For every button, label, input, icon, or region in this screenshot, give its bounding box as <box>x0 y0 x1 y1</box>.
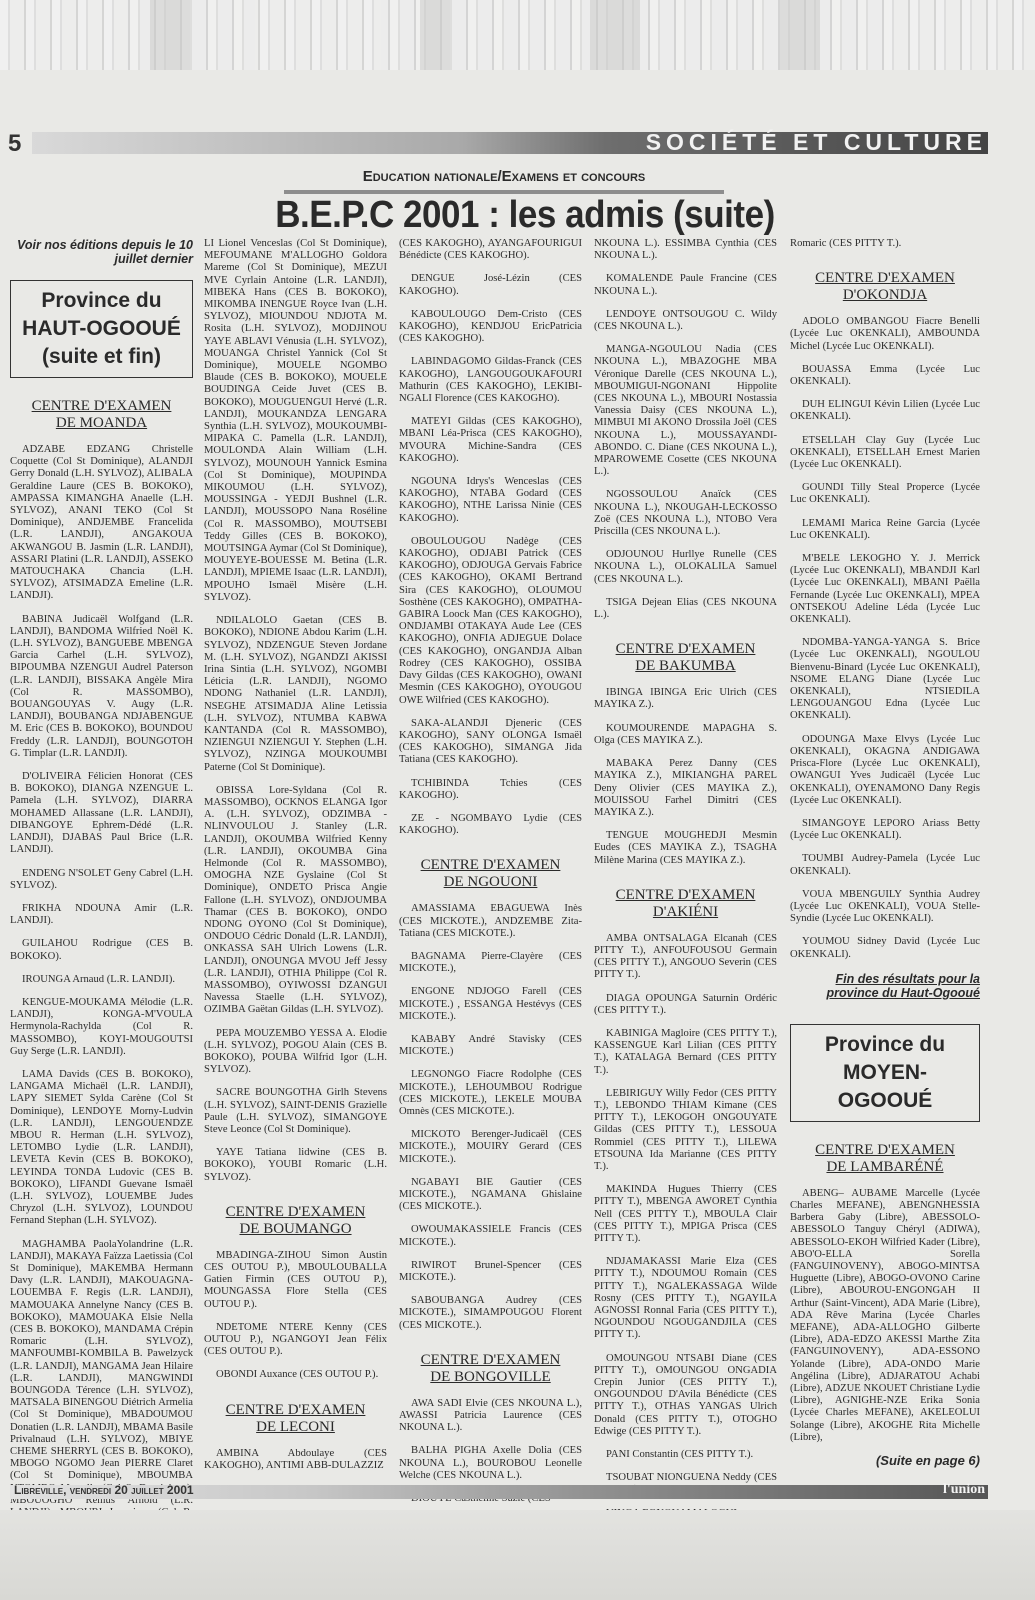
name-list-paragraph: BABINA Judicaël Wolfgand (L.R. LANDJI), … <box>10 614 193 760</box>
name-list-paragraph: VOUA MBENGUILY Synthia Audrey (Lycée Luc… <box>790 889 980 926</box>
centre-heading-okondja: CENTRE D'EXAMEN D'OKONDJA <box>790 270 980 304</box>
name-list-paragraph: M'BELE LEKOGHO Y. J. Merrick (Lycée Luc … <box>790 553 980 626</box>
centre-heading-moanda: CENTRE D'EXAMEN DE MOANDA <box>10 398 193 432</box>
name-list-paragraph: KABABY André Stavisky (CES MICKOTE.) <box>399 1034 582 1058</box>
name-list-paragraph: LABINDAGOMO Gildas-Franck (CES KAKOGHO),… <box>399 356 582 405</box>
centre-heading-line: CENTRE D'EXAMEN <box>594 641 777 658</box>
name-list-paragraph: BALHA PIGHA Axelle Dolia (CES NKOUNA L.)… <box>399 1445 582 1482</box>
centre-heading-line: DE MOANDA <box>10 415 193 432</box>
name-list-paragraph: FRIKHA NDOUNA Amir (L.R. LANDJI). <box>10 903 193 927</box>
centre-heading-boumango: CENTRE D'EXAMEN DE BOUMANGO <box>204 1204 387 1238</box>
centre-heading-line: CENTRE D'EXAMEN <box>204 1204 387 1221</box>
centre-heading-line: CENTRE D'EXAMEN <box>399 857 582 874</box>
column-3: (CES KAKOGHO), AYANGAFOURIGUI Bénédicte … <box>399 238 582 1516</box>
name-list-paragraph: TENGUE MOUGHEDJI Mesmin Eudes (CES MAYIK… <box>594 830 777 867</box>
province-box-haut-ogooue: Province du HAUT-OGOOUÉ (suite et fin) <box>10 280 193 378</box>
name-list-paragraph: MAKINDA Hugues Thierry (CES PITTY T.), M… <box>594 1184 777 1245</box>
name-list-paragraph: AMBA ONTSALAGA Elcanah (CES PITTY T.), A… <box>594 933 777 982</box>
name-list-paragraph: OMOUNGOU NTSABI Diane (CES PITTY T.), OM… <box>594 1353 777 1438</box>
name-list-paragraph: AMASSIAMA EBAGUEWA Inès (CES MICKOTE.), … <box>399 903 582 940</box>
name-list-paragraph: NDOMBA-YANGA-YANGA S. Brice (Lycée Luc O… <box>790 637 980 722</box>
name-list-paragraph: MABAKA Perez Danny (CES MAYIKA Z.), MIKI… <box>594 758 777 819</box>
name-list-paragraph: LI Lionel Venceslas (Col St Dominique), … <box>204 238 387 604</box>
name-list-paragraph: NGABAYI BIE Gautier (CES MICKOTE.), NGAM… <box>399 1177 582 1214</box>
name-list-paragraph: SACRE BOUNGOTHA Girlh Stevens (L.H. SYLV… <box>204 1087 387 1136</box>
name-list-paragraph: SAKA-ALANDJI Djeneric (CES KAKOGHO), SAN… <box>399 718 582 767</box>
name-list-paragraph: AWA SADI Elvie (CES NKOUNA L.), AWASSI P… <box>399 1398 582 1435</box>
name-list-paragraph: NGOSSOULOU Anaïck (CES NKOUNA L.), NKOUG… <box>594 489 777 538</box>
name-list-paragraph: LAMA Davids (CES B. BOKOKO), LANGAMA Mic… <box>10 1069 193 1228</box>
province-line: (suite et fin) <box>13 343 190 371</box>
name-list-paragraph: GOUNDI Tilly Steal Propercе (Lycée Luc O… <box>790 482 980 506</box>
name-list-paragraph: MICKOTO Berenger-Judicaël (CES MICKOTE.)… <box>399 1129 582 1166</box>
name-list-paragraph: OBONDI Auxance (CES OUTOU P.). <box>204 1369 387 1381</box>
name-list-paragraph: KOMALENDE Paule Francine (CES NKOUNA L.)… <box>594 273 777 297</box>
province-line: OGOOUÉ <box>793 1087 977 1115</box>
centre-heading-line: CENTRE D'EXAMEN <box>790 270 980 287</box>
centre-heading-line: CENTRE D'EXAMEN <box>399 1352 582 1369</box>
province-line: HAUT-OGOOUÉ <box>13 315 190 343</box>
province-box-moyen-ogooue: Province du MOYEN- OGOOUÉ <box>790 1024 980 1122</box>
article-kicker: Education nationale/Examens et concours <box>284 168 724 185</box>
name-list-paragraph: YAYE Tatiana lidwine (CES B. BOKOKO), YO… <box>204 1147 387 1184</box>
centre-heading-line: D'OKONDJA <box>790 287 980 304</box>
centre-heading-ngouoni: CENTRE D'EXAMEN DE NGOUONI <box>399 857 582 891</box>
centre-heading-line: CENTRE D'EXAMEN <box>594 887 777 904</box>
name-list-paragraph: ZE - NGOMBAYO Lydie (CES KAKOGHO). <box>399 813 582 837</box>
name-list-paragraph: ENGONE NDJOGO Farell (CES MICKOTE.) , ES… <box>399 986 582 1023</box>
centre-heading-bakumba: CENTRE D'EXAMEN DE BAKUMBA <box>594 641 777 675</box>
name-list-paragraph: AMBINA Abdoulaye (CES KAKOGHO), ANTIMI A… <box>204 1448 387 1472</box>
centre-heading-akieni: CENTRE D'EXAMEN D'AKIÉNI <box>594 887 777 921</box>
name-list-paragraph: NGOUNA Idrys's Wenceslas (CES KAKOGHO), … <box>399 476 582 525</box>
column-2: LI Lionel Venceslas (Col St Dominique), … <box>204 238 387 1483</box>
name-list-paragraph: GUILAHOU Rodrigue (CES B. BOKOKO). <box>10 938 193 962</box>
name-list-paragraph: (CES KAKOGHO), AYANGAFOURIGUI Bénédicte … <box>399 238 582 262</box>
name-list-paragraph: ABENG– AUBAME Marcelle (Lycée Charles ME… <box>790 1188 980 1444</box>
name-list-paragraph: LEMAMI Marica Reine Garcia (Lycée Luc OK… <box>790 518 980 542</box>
name-list-paragraph: LEGNONGO Fiacre Rodolphe (CES MICKOTE.),… <box>399 1069 582 1118</box>
continued-note: (Suite en page 6) <box>790 1455 980 1467</box>
name-list-paragraph: NDJAMAKASSI Marie Elza (CES PITTY T.), N… <box>594 1256 777 1341</box>
section-title: SOCIÉTÉ ET CULTURE <box>646 129 987 156</box>
name-list-paragraph: DIAGA OPOUNGA Saturnin Ordéric (CES PITT… <box>594 993 777 1017</box>
name-list-paragraph: PEPA MOUZEMBO YESSA A. Elodie (L.H. SYLV… <box>204 1028 387 1077</box>
centre-heading-line: DE BAKUMBA <box>594 658 777 675</box>
centre-heading-line: DE NGOUONI <box>399 874 582 891</box>
name-list-paragraph: PANI Constantin (CES PITTY T.). <box>594 1449 777 1461</box>
name-list-paragraph: DENGUE José-Lézin (CES KAKOGHO). <box>399 273 582 297</box>
name-list-paragraph: SIMANGOYE LEPORO Ariass Betty (Lycée Luc… <box>790 818 980 842</box>
province-line: Province du <box>13 287 190 315</box>
name-list-paragraph: KOUMOURENDE MAPAGHA S. Olga (CES MAYIKA … <box>594 723 777 747</box>
centre-heading-leconi: CENTRE D'EXAMEN DE LECONI <box>204 1402 387 1436</box>
name-list-paragraph: OBISSA Lore-Syldana (Col R. MASSOMBO), O… <box>204 785 387 1017</box>
article-headline: B.E.P.C 2001 : les admis (suite) <box>180 194 870 237</box>
centre-heading-line: CENTRE D'EXAMEN <box>10 398 193 415</box>
column-1: Voir nos éditions depuis le 10 juillet d… <box>10 238 193 1542</box>
footer-dateline: Libreville, vendredi 20 juillet 2001 <box>14 1483 194 1497</box>
name-list-paragraph: MBADINGA-ZIHOU Simon Austin CES OUTOU P.… <box>204 1250 387 1311</box>
name-list-paragraph: KABOULOUGO Dem-Cristo (CES KAKOGHO), KEN… <box>399 309 582 346</box>
name-list-paragraph: SABOUBANGA Audrey (CES MICKOTE.), SIMAMP… <box>399 1295 582 1332</box>
page-number: 5 <box>8 130 21 158</box>
name-list-paragraph: LENDOYE ONTSOUGOU C. Wildy (CES NKOUNA L… <box>594 309 777 333</box>
name-list-paragraph: BOUASSA Emma (Lycée Luc OKENKALI). <box>790 364 980 388</box>
column-5: Romaric (CES PITTY T.). CENTRE D'EXAMEN … <box>790 238 980 1467</box>
name-list-paragraph: TCHIBINDA Tchies (CES KAKOGHO). <box>399 778 582 802</box>
name-list-paragraph: IBINGA IBINGA Eric Ulrich (CES MAYIKA Z.… <box>594 687 777 711</box>
name-list-paragraph: IROUNGA Arnaud (L.R. LANDJI). <box>10 974 193 986</box>
name-list-paragraph: OBOULOUGOU Nadège (CES KAKOGHO), ODJABI … <box>399 536 582 707</box>
scan-artifact <box>150 0 190 70</box>
end-of-results-note: Fin des résultats pour la province du Ha… <box>790 972 980 1000</box>
name-list-paragraph: Romaric (CES PITTY T.). <box>790 238 980 250</box>
name-list-paragraph: DUH ELINGUI Kévin Lilien (Lycée Luc OKEN… <box>790 399 980 423</box>
name-list-paragraph: RIWIROT Brunel-Spencer (CES MICKOTE.). <box>399 1260 582 1284</box>
scan-artifact <box>780 0 820 70</box>
name-list-paragraph: NKOUNA L.). ESSIMBA Cynthia (CES NKOUNA … <box>594 238 777 262</box>
name-list-paragraph: TOUMBI Audrey-Pamela (Lycée Luc OKENKALI… <box>790 853 980 877</box>
centre-heading-line: D'AKIÉNI <box>594 904 777 921</box>
scan-top-margin <box>0 0 1035 70</box>
name-list-paragraph: KABINIGA Magloire (CES PITTY T.), KASSEN… <box>594 1028 777 1077</box>
name-list-paragraph: ETSELLAH Clay Guy (Lycée Luc OKENKALI), … <box>790 435 980 472</box>
province-line: Province du <box>793 1031 977 1059</box>
column-4: NKOUNA L.). ESSIMBA Cynthia (CES NKOUNA … <box>594 238 777 1531</box>
name-list-paragraph: NDILALOLO Gaetan (CES B. BOKOKO), NDIONE… <box>204 615 387 774</box>
name-list-paragraph: TSIGA Dejean Elias (CES NKOUNA L.). <box>594 597 777 621</box>
centre-heading-line: CENTRE D'EXAMEN <box>204 1402 387 1419</box>
centre-heading-line: DE BONGOVILLE <box>399 1369 582 1386</box>
scan-artifact <box>420 0 450 70</box>
centre-heading-line: DE LECONI <box>204 1419 387 1436</box>
centre-heading-line: DE LAMBARÉNÉ <box>790 1159 980 1176</box>
scan-bottom-margin <box>0 1510 1035 1600</box>
name-list-paragraph: MANGA-NGOULOU Nadia (CES NKOUNA L.), MBA… <box>594 344 777 478</box>
name-list-paragraph: D'OLIVEIRA Félicien Honorat (CES B. BOKO… <box>10 771 193 856</box>
centre-heading-lambarene: CENTRE D'EXAMEN DE LAMBARÉNÉ <box>790 1142 980 1176</box>
centre-heading-line: DE BOUMANGO <box>204 1221 387 1238</box>
name-list-paragraph: NDETOME NTERE Kenny (CES OUTOU P.), NGAN… <box>204 1322 387 1359</box>
name-list-paragraph: BAGNAMA Pierre-Clayère (CES MICKOTE.), <box>399 951 582 975</box>
name-list-paragraph: MATEYI Gildas (CES KAKOGHO), MBANI Léa-P… <box>399 416 582 465</box>
newspaper-page: 5 SOCIÉTÉ ET CULTURE Education nationale… <box>0 70 1035 1600</box>
name-list-paragraph: YOUMOU Sidney David (Lycée Luc OKENKALI)… <box>790 936 980 960</box>
editions-note: Voir nos éditions depuis le 10 juillet d… <box>10 238 193 266</box>
name-list-paragraph: ODJOUNOU Hurllye Runelle (CES NKOUNA L.)… <box>594 549 777 586</box>
name-list-paragraph: LEBIRIGUY Willy Fedor (CES PITTY T.), LE… <box>594 1088 777 1173</box>
name-list-paragraph: KENGUE-MOUKAMA Mélodie (L.R. LANDJI), KO… <box>10 997 193 1058</box>
name-list-paragraph: ADZABE EDZANG Christelle Coquette (Col S… <box>10 444 193 603</box>
scan-artifact <box>590 0 640 70</box>
name-list-paragraph: ADOLO OMBANGOU Fiacre Benelli (Lycée Luc… <box>790 316 980 353</box>
name-list-paragraph: ENDENG N'SOLET Geny Cabrel (L.H. SYLVOZ)… <box>10 868 193 892</box>
name-list-paragraph: OWOUMAKASSIELE Francis (CES MICKOTE.). <box>399 1224 582 1248</box>
newspaper-brand: l'union <box>943 1482 985 1498</box>
centre-heading-bongoville: CENTRE D'EXAMEN DE BONGOVILLE <box>399 1352 582 1386</box>
name-list-paragraph: ODOUNGA Maxe Elvys (Lycée Luc OKENKALI),… <box>790 734 980 807</box>
centre-heading-line: CENTRE D'EXAMEN <box>790 1142 980 1159</box>
province-line: MOYEN- <box>793 1059 977 1087</box>
